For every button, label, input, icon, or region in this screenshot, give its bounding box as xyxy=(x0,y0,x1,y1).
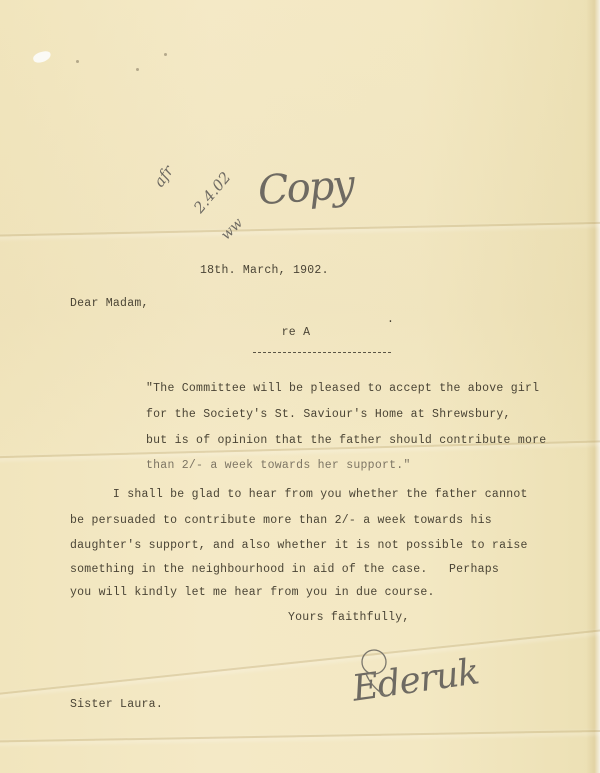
body-line-3: daughter's support, and also whether it … xyxy=(70,539,528,552)
paper-fold xyxy=(0,626,600,697)
paper-fold xyxy=(0,729,600,743)
recipient: Sister Laura. xyxy=(70,698,163,711)
reference-line: re A xyxy=(253,313,391,353)
paper-speck xyxy=(76,60,79,63)
body-line-1: I shall be glad to hear from you whether… xyxy=(70,488,528,501)
closing: Yours faithfully, xyxy=(288,611,410,624)
pencil-annotation-date: afr xyxy=(150,162,177,190)
body-line-5: you will kindly let me hear from you in … xyxy=(70,586,435,599)
reference-end-dot: . xyxy=(387,313,394,326)
signature-flourish-icon xyxy=(352,640,412,700)
pencil-annotation-initials: ww xyxy=(218,215,246,243)
quote-line-2: for the Society's St. Saviour's Home at … xyxy=(146,408,511,421)
body-line-2: be persuaded to contribute more than 2/-… xyxy=(70,514,492,527)
paper-fold xyxy=(0,221,600,237)
letter-page: afr 2.4.02 ww Copy 18th. March, 1902. De… xyxy=(0,0,600,773)
quote-line-4: than 2/- a week towards her support." xyxy=(146,459,411,472)
salutation: Dear Madam, xyxy=(70,297,149,310)
quote-line-1: "The Committee will be pleased to accept… xyxy=(146,382,539,395)
pencil-annotation-date-number: 2.4.02 xyxy=(190,168,234,216)
paper-speck xyxy=(164,53,167,56)
body-line-4: something in the neighbourhood in aid of… xyxy=(70,563,499,576)
paper-speck xyxy=(136,68,139,71)
letter-date: 18th. March, 1902. xyxy=(200,264,329,277)
paper-edge xyxy=(586,0,600,773)
paper-hole xyxy=(32,50,52,64)
annotation-afr: afr xyxy=(150,162,177,190)
quote-line-3: but is of opinion that the father should… xyxy=(146,434,546,447)
pencil-annotation-copy: Copy xyxy=(257,162,355,215)
